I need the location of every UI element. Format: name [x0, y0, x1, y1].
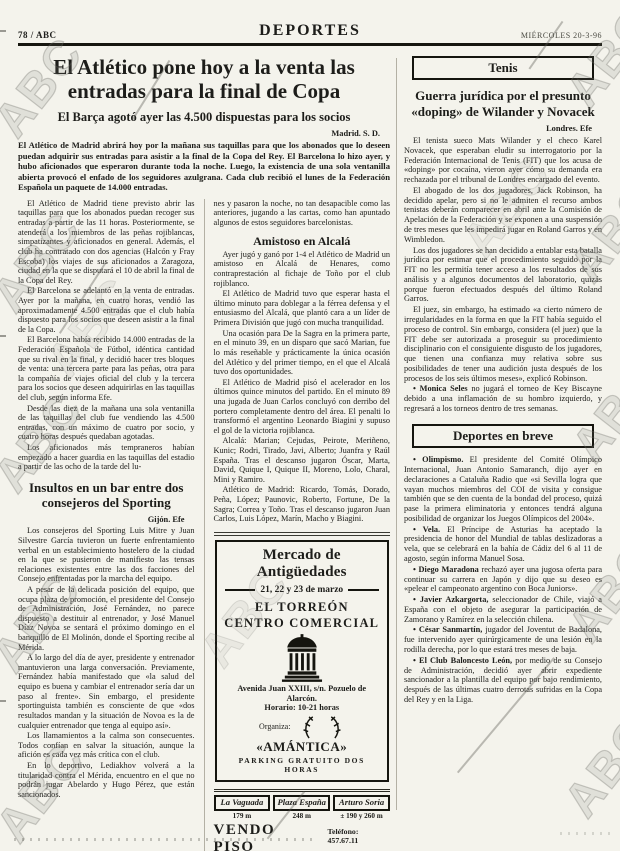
brief-item: • El Club Baloncesto León, por medio de … — [404, 656, 602, 705]
ad-location-boxes: La Vaguada 179 m Plaza España 248 m Artu… — [214, 795, 391, 820]
ad-address: Avenida Juan XXIII, s/n. Pozuelo de Alar… — [223, 684, 382, 703]
article-paragraph: Los aficionados más tempraneros habían e… — [18, 443, 195, 472]
article-paragraph-continuation: nes y pasaron la noche, no tan desapacib… — [214, 199, 391, 228]
antiques-market-ad: Mercado de Antigüedades 21, 22 y 23 de m… — [215, 540, 390, 783]
tennis-kicker-box: Tenis — [412, 56, 594, 80]
scan-edge-mark — [0, 335, 6, 337]
main-article: El Atlético pone hoy a la venta las entr… — [18, 54, 390, 851]
ad-title: Mercado de Antigüedades — [223, 547, 382, 582]
location-name: Plaza España — [273, 795, 330, 811]
ad-sale-title: VENDO PISO — [214, 822, 320, 851]
news-item-lead: • Monica Seles — [413, 384, 468, 393]
brief-item: • Vela. El Príncipe de Asturias ha acept… — [404, 525, 602, 564]
scan-smudge — [14, 838, 314, 841]
ad-venue-name: EL TORREÓN CENTRO COMERCIAL — [223, 599, 382, 632]
briefs-title: Deportes en breve — [453, 428, 553, 443]
abc-watermark: ABC — [553, 707, 620, 828]
location-size: ± 190 y 260 m — [333, 812, 390, 820]
location-size: 248 m — [273, 812, 330, 820]
article-paragraph: Los dos jugadores se han decidido a enta… — [404, 246, 602, 305]
page-folio: 78 / ABC — [18, 30, 57, 40]
rule-line — [225, 589, 256, 591]
location-name: Arturo Soria — [333, 795, 390, 811]
brief-item: • Olimpismo. El presidente del Comité Ol… — [404, 455, 602, 523]
laurel-wreath-icon — [300, 715, 344, 739]
article-paragraph: El Barcelona había recibido 14.000 entra… — [18, 335, 195, 402]
newspaper-page: ABC ABC ABC ABC ABC ABC ABC ABC ABC ABC … — [0, 0, 620, 851]
scan-edge-mark — [0, 30, 6, 32]
article-paragraph: El tenista sueco Mats Wilander y el chec… — [404, 136, 602, 185]
briefs-header-box: Deportes en breve — [412, 424, 594, 448]
tennis-kicker-label: Tenis — [488, 60, 517, 75]
article-paragraph: El Atlético de Madrid pisó el acelerador… — [214, 378, 391, 436]
ad-dates-row: 21, 22 y 23 de marzo — [225, 585, 380, 596]
location-size: 179 m — [214, 812, 271, 820]
apartment-sale-ad: La Vaguada 179 m Plaza España 248 m Artu… — [214, 789, 391, 851]
article-paragraph: Desde las diez de la mañana una sola ven… — [18, 404, 195, 442]
ad-brand: «AMÁNTICA» — [223, 739, 382, 754]
main-headline: El Atlético pone hoy a la venta las entr… — [22, 56, 386, 103]
right-column: Tenis Guerra jurídica por el presunto «d… — [404, 56, 602, 706]
brief-lead: • El Club Baloncesto León, — [413, 656, 512, 665]
lineup-paragraph: Atlético de Madrid: Ricardo, Tomás, Dora… — [214, 485, 391, 523]
article-paragraph: En lo deportivo, Lediakhov volverá a la … — [18, 761, 195, 799]
column-2: nes y pasaron la noche, no tan desapacib… — [205, 199, 391, 851]
tower-icon — [281, 634, 323, 682]
article-paragraph: El Atlético de Madrid tuvo que esperar h… — [214, 289, 391, 327]
brief-item: • Diego Maradona rechazó ayer una jugosa… — [404, 565, 602, 594]
page-header: 78 / ABC DEPORTES MIÉRCOLES 20-3-96 — [18, 22, 602, 46]
article-paragraph: Los llamamientos a la calma son consecue… — [18, 731, 195, 760]
tennis-byline: Londres. Efe — [404, 124, 592, 134]
ad-dates: 21, 22 y 23 de marzo — [260, 585, 343, 596]
sporting-byline: Gijón. Efe — [18, 515, 185, 525]
brief-lead: • Diego Maradona — [413, 565, 479, 574]
ad-venue-line1: EL TORREÓN — [223, 599, 382, 615]
article-paragraph: El juez, sin embargo, ha estimado «a cie… — [404, 305, 602, 383]
article-paragraph: Una ocasión para De la Sagra en la prime… — [214, 329, 391, 377]
article-paragraph: A pesar de la delicada posición del equi… — [18, 585, 195, 652]
ad-sale-row: VENDO PISO Teléfono: 457.67.11 — [214, 822, 391, 851]
article-paragraph: El Barcelona se adelantó en la venta de … — [18, 286, 195, 334]
location-item: Plaza España 248 m — [273, 795, 330, 820]
location-item: Arturo Soria ± 190 y 260 m — [333, 795, 390, 820]
location-item: La Vaguada 179 m — [214, 795, 271, 820]
brief-lead: • Vela. — [413, 525, 440, 534]
column-divider — [396, 58, 397, 810]
tennis-headline: Guerra jurídica por el presunto «doping»… — [404, 88, 602, 120]
article-paragraph: Ayer jugó y ganó por 1-4 el Atlético de … — [214, 250, 391, 288]
ad-sale-phone: Teléfono: 457.67.11 — [328, 827, 390, 845]
section-title: DEPORTES — [259, 22, 361, 40]
brief-item: • Javier Azkargorta, seleccionador de Ch… — [404, 595, 602, 624]
ad-hours: Horario: 10-21 horas — [223, 703, 382, 713]
article-paragraph: El Atlético de Madrid tiene previsto abr… — [18, 199, 195, 285]
ad-separator-rule — [214, 532, 391, 536]
seles-news-item: • Monica Seles no jugará el torneo de Ke… — [404, 384, 602, 413]
page-date: MIÉRCOLES 20-3-96 — [521, 31, 602, 40]
rule-line — [348, 589, 379, 591]
brief-text: El presidente del Comité Olímpico Intern… — [404, 455, 602, 523]
lead-paragraph: El Atlético de Madrid abrirá hoy por la … — [18, 140, 390, 193]
location-name: La Vaguada — [214, 795, 271, 811]
brief-lead: • Javier Azkargorta, — [413, 595, 488, 604]
sporting-headline: Insultos en un bar entre dos consejeros … — [20, 480, 193, 511]
ad-organizer-row: Organiza: — [223, 715, 382, 739]
ad-parking: PARKING GRATUITO DOS HORAS — [223, 757, 382, 774]
scan-smudge — [560, 832, 610, 835]
article-columns: El Atlético de Madrid tiene previsto abr… — [18, 199, 390, 851]
article-paragraph: Los consejeros del Sporting Luis Mitre y… — [18, 526, 195, 584]
article-paragraph: A lo largo del día de ayer, presidente y… — [18, 653, 195, 730]
lineup-paragraph: Alcalá: Marian; Cejudas, Peirote, Meriñe… — [214, 436, 391, 484]
column-1: El Atlético de Madrid tiene previsto abr… — [18, 199, 205, 851]
ad-venue-line2: CENTRO COMERCIAL — [223, 615, 382, 631]
brief-lead: • César Sanmartín, — [413, 625, 482, 634]
scan-edge-mark — [0, 700, 6, 702]
brief-item: • César Sanmartín, jugador del Joventut … — [404, 625, 602, 654]
amistoso-headline: Amistoso en Alcalá — [216, 234, 389, 248]
brief-lead: • Olimpismo. — [413, 455, 463, 464]
main-byline: Madrid. S. D. — [18, 129, 380, 138]
main-subheadline: El Barça agotó ayer las 4.500 dispuestas… — [18, 110, 390, 125]
organizer-label: Organiza: — [259, 722, 290, 731]
article-paragraph: El abogado de los dos jugadores, Jack Ro… — [404, 186, 602, 245]
